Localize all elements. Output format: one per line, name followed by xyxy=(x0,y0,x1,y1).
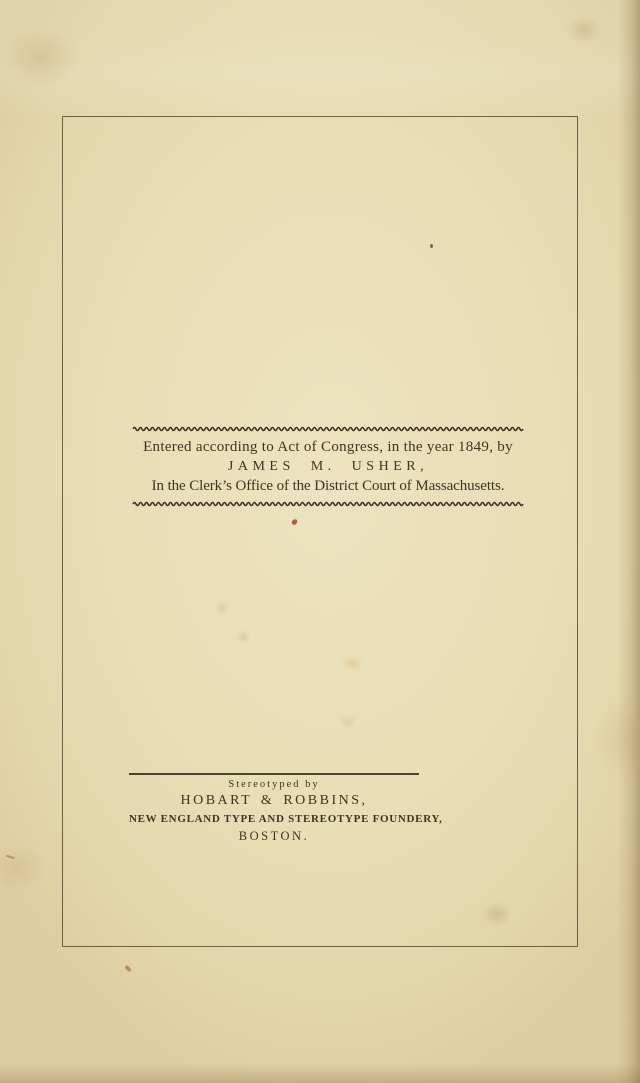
colophon-foundry-name: NEW ENGLAND TYPE AND STEREOTYPE FOUNDERY… xyxy=(129,813,419,826)
paper-fiber-speck xyxy=(6,855,15,860)
copyright-line-name: JAMES M. USHER, xyxy=(132,458,524,475)
scanned-book-copyright-page: Entered according to Act of Congress, in… xyxy=(0,0,640,1083)
copyright-notice: Entered according to Act of Congress, in… xyxy=(132,424,524,508)
colophon-stereotyped-by: Stereotyped by xyxy=(129,779,419,791)
copyright-line-court: In the Clerk’s Office of the District Co… xyxy=(132,477,524,495)
colophon-city: BOSTON. xyxy=(129,829,419,843)
colophon-horizontal-rule xyxy=(129,773,419,775)
printer-colophon: Stereotyped by HOBART & ROBBINS, NEW ENG… xyxy=(129,773,419,843)
wavy-rule-bottom xyxy=(132,499,524,508)
wavy-rule-top xyxy=(132,424,524,433)
ink-speck-upper xyxy=(430,244,433,248)
colophon-firm-name: HOBART & ROBBINS, xyxy=(129,793,419,809)
foxing-speck-bottom-left xyxy=(124,965,131,973)
copyright-line-entered: Entered according to Act of Congress, in… xyxy=(132,438,524,456)
